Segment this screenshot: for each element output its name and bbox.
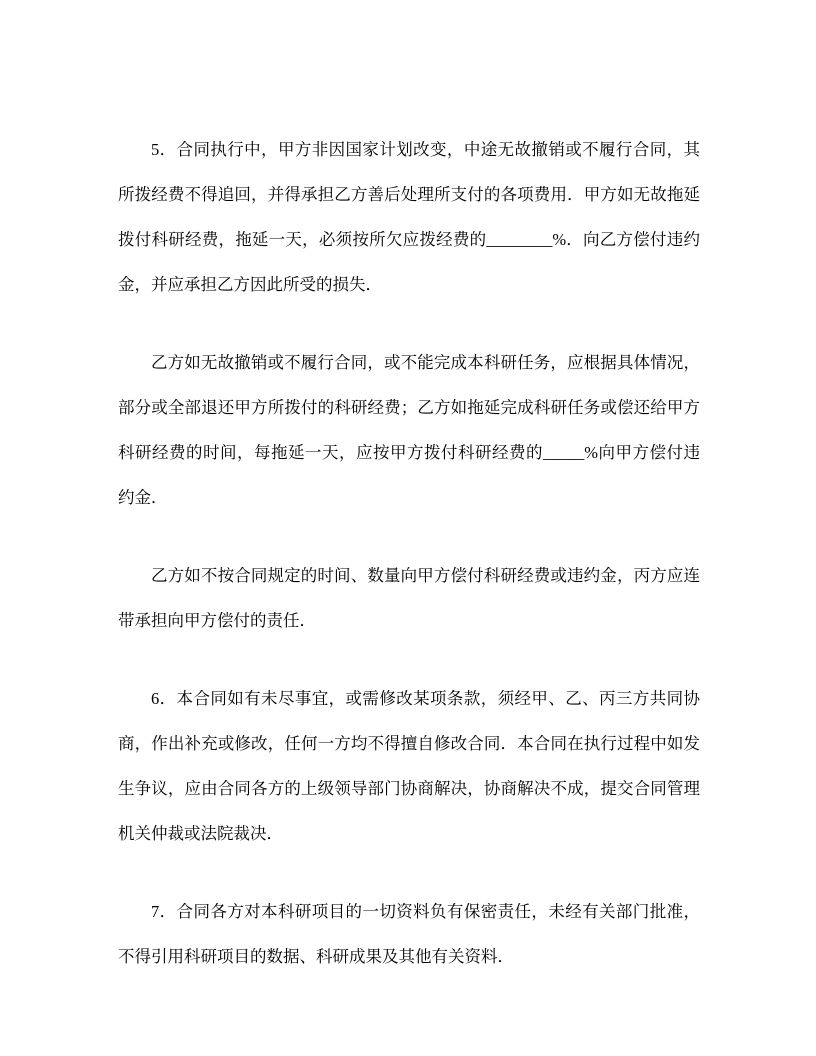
document-body: 5．合同执行中，甲方非因国家计划改变，中途无故撤销或不履行合同，其所拨经费不得追…: [118, 127, 700, 979]
document-page: 5．合同执行中，甲方非因国家计划改变，中途无故撤销或不履行合同，其所拨经费不得追…: [0, 0, 816, 1056]
paragraph-party-c-joint-liability: 乙方如不按合同规定的时间、数量向甲方偿付科研经费或违约金，丙方应连带承担向甲方偿…: [118, 553, 700, 643]
paragraph-party-b-breach: 乙方如无故撤销或不履行合同，或不能完成本科研任务，应根据具体情况，部分或全部退还…: [118, 340, 700, 520]
paragraph-clause-7-confidentiality: 7．合同各方对本科研项目的一切资料负有保密责任，未经有关部门批准，不得引用科研项…: [118, 889, 700, 979]
paragraph-clause-5-party-a-breach: 5．合同执行中，甲方非因国家计划改变，中途无故撤销或不履行合同，其所拨经费不得追…: [118, 127, 700, 307]
paragraph-clause-6-amendment-dispute: 6．本合同如有未尽事宜，或需修改某项条款，须经甲、乙、丙三方共同协商，作出补充或…: [118, 676, 700, 856]
